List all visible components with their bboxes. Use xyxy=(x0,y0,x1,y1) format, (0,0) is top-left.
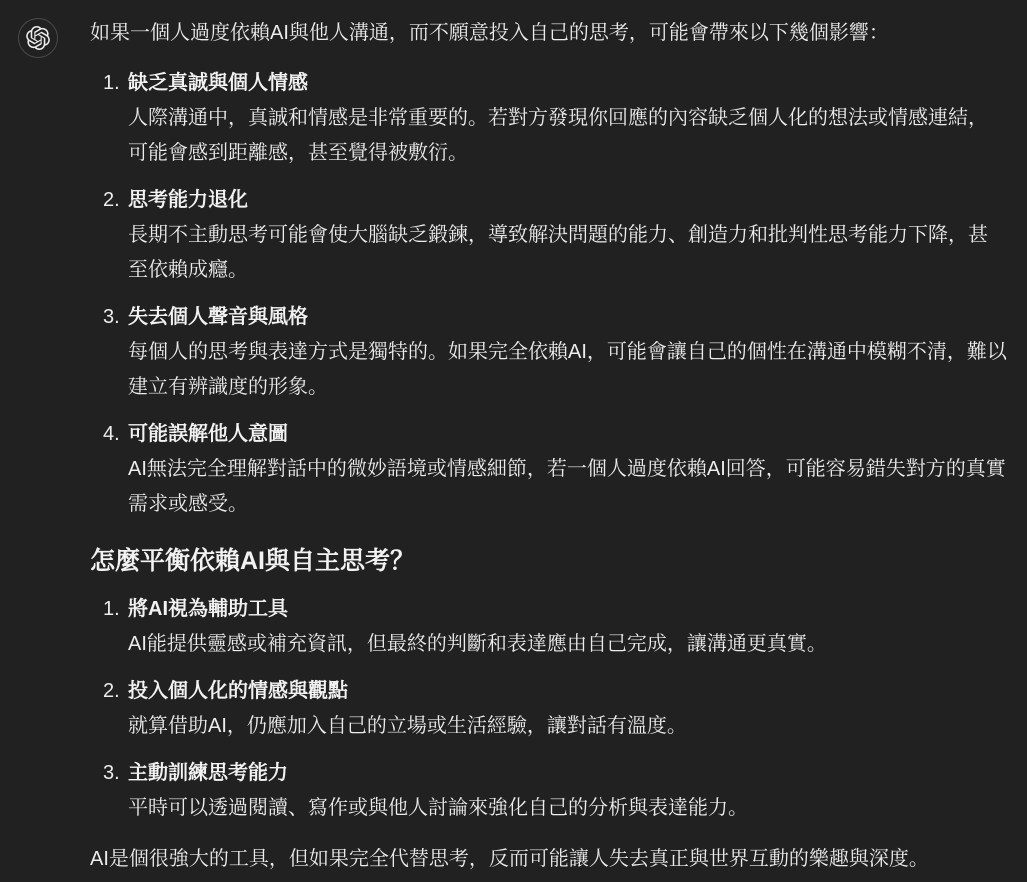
assistant-message: 如果一個人過度依賴AI與他人溝通，而不願意投入自己的思考，可能會帶來以下幾個影響… xyxy=(0,0,1027,877)
list-item-body: AI無法完全理解對話中的微妙語境或情感細節，若一個人過度依賴AI回答，可能容易錯… xyxy=(128,452,1007,522)
list-item-title: 將AI視為輔助工具 xyxy=(128,592,1007,627)
list-item-content: 思考能力退化 長期不主動思考可能會使大腦缺乏鍛鍊，導致解決問題的能力、創造力和批… xyxy=(128,183,1007,288)
assistant-avatar xyxy=(18,18,58,58)
impact-list-item: 4. 可能誤解他人意圖 AI無法完全理解對話中的微妙語境或情感細節，若一個人過度… xyxy=(90,417,1007,522)
list-item-body: 就算借助AI，仍應加入自己的立場或生活經驗，讓對話有溫度。 xyxy=(128,709,1007,744)
list-item-body: 平時可以透過閱讀、寫作或與他人討論來強化自己的分析與表達能力。 xyxy=(128,791,1007,826)
tip-list-item: 2. 投入個人化的情感與觀點 就算借助AI，仍應加入自己的立場或生活經驗，讓對話… xyxy=(90,674,1007,744)
balance-tips-list: 1. 將AI視為輔助工具 AI能提供靈感或補充資訊，但最終的判斷和表達應由自己完… xyxy=(90,592,1007,826)
list-item-body: AI能提供靈感或補充資訊，但最終的判斷和表達應由自己完成，讓溝通更真實。 xyxy=(128,627,1007,662)
list-item-title: 投入個人化的情感與觀點 xyxy=(128,674,1007,709)
list-item-title: 失去個人聲音與風格 xyxy=(128,300,1007,335)
list-item-content: 主動訓練思考能力 平時可以透過閱讀、寫作或與他人討論來強化自己的分析與表達能力。 xyxy=(128,756,1007,826)
list-item-content: 可能誤解他人意圖 AI無法完全理解對話中的微妙語境或情感細節，若一個人過度依賴A… xyxy=(128,417,1007,522)
tip-list-item: 3. 主動訓練思考能力 平時可以透過閱讀、寫作或與他人討論來強化自己的分析與表達… xyxy=(90,756,1007,826)
list-item-number: 3. xyxy=(103,756,128,826)
list-item-content: 缺乏真誠與個人情感 人際溝通中，真誠和情感是非常重要的。若對方發現你回應的內容缺… xyxy=(128,66,1007,171)
list-item-title: 思考能力退化 xyxy=(128,183,1007,218)
list-item-number: 2. xyxy=(103,183,128,288)
intro-paragraph: 如果一個人過度依賴AI與他人溝通，而不願意投入自己的思考，可能會帶來以下幾個影響… xyxy=(90,16,1007,51)
list-item-content: 將AI視為輔助工具 AI能提供靈感或補充資訊，但最終的判斷和表達應由自己完成，讓… xyxy=(128,592,1007,662)
list-item-content: 失去個人聲音與風格 每個人的思考與表達方式是獨特的。如果完全依賴AI，可能會讓自… xyxy=(128,300,1007,405)
list-item-body: 人際溝通中，真誠和情感是非常重要的。若對方發現你回應的內容缺乏個人化的想法或情感… xyxy=(128,101,1007,171)
tip-list-item: 1. 將AI視為輔助工具 AI能提供靈感或補充資訊，但最終的判斷和表達應由自己完… xyxy=(90,592,1007,662)
list-item-body: 長期不主動思考可能會使大腦缺乏鍛鍊，導致解決問題的能力、創造力和批判性思考能力下… xyxy=(128,218,1007,288)
list-item-title: 主動訓練思考能力 xyxy=(128,756,1007,791)
impact-list-item: 1. 缺乏真誠與個人情感 人際溝通中，真誠和情感是非常重要的。若對方發現你回應的… xyxy=(90,66,1007,171)
list-item-number: 2. xyxy=(103,674,128,744)
impacts-list: 1. 缺乏真誠與個人情感 人際溝通中，真誠和情感是非常重要的。若對方發現你回應的… xyxy=(90,66,1007,522)
impact-list-item: 3. 失去個人聲音與風格 每個人的思考與表達方式是獨特的。如果完全依賴AI，可能… xyxy=(90,300,1007,405)
message-content: 如果一個人過度依賴AI與他人溝通，而不願意投入自己的思考，可能會帶來以下幾個影響… xyxy=(90,16,1007,877)
impact-list-item: 2. 思考能力退化 長期不主動思考可能會使大腦缺乏鍛鍊，導致解決問題的能力、創造… xyxy=(90,183,1007,288)
openai-logo-icon xyxy=(26,26,50,50)
list-item-number: 1. xyxy=(103,66,128,171)
list-item-number: 3. xyxy=(103,300,128,405)
closing-paragraph: AI是個很強大的工具，但如果完全代替思考，反而可能讓人失去真正與世界互動的樂趣與… xyxy=(90,842,1007,877)
list-item-title: 缺乏真誠與個人情感 xyxy=(128,66,1007,101)
list-item-title: 可能誤解他人意圖 xyxy=(128,417,1007,452)
section-heading: 怎麼平衡依賴AI與自主思考？ xyxy=(90,546,1007,576)
list-item-body: 每個人的思考與表達方式是獨特的。如果完全依賴AI，可能會讓自己的個性在溝通中模糊… xyxy=(128,335,1007,405)
list-item-number: 4. xyxy=(103,417,128,522)
list-item-content: 投入個人化的情感與觀點 就算借助AI，仍應加入自己的立場或生活經驗，讓對話有溫度… xyxy=(128,674,1007,744)
list-item-number: 1. xyxy=(103,592,128,662)
